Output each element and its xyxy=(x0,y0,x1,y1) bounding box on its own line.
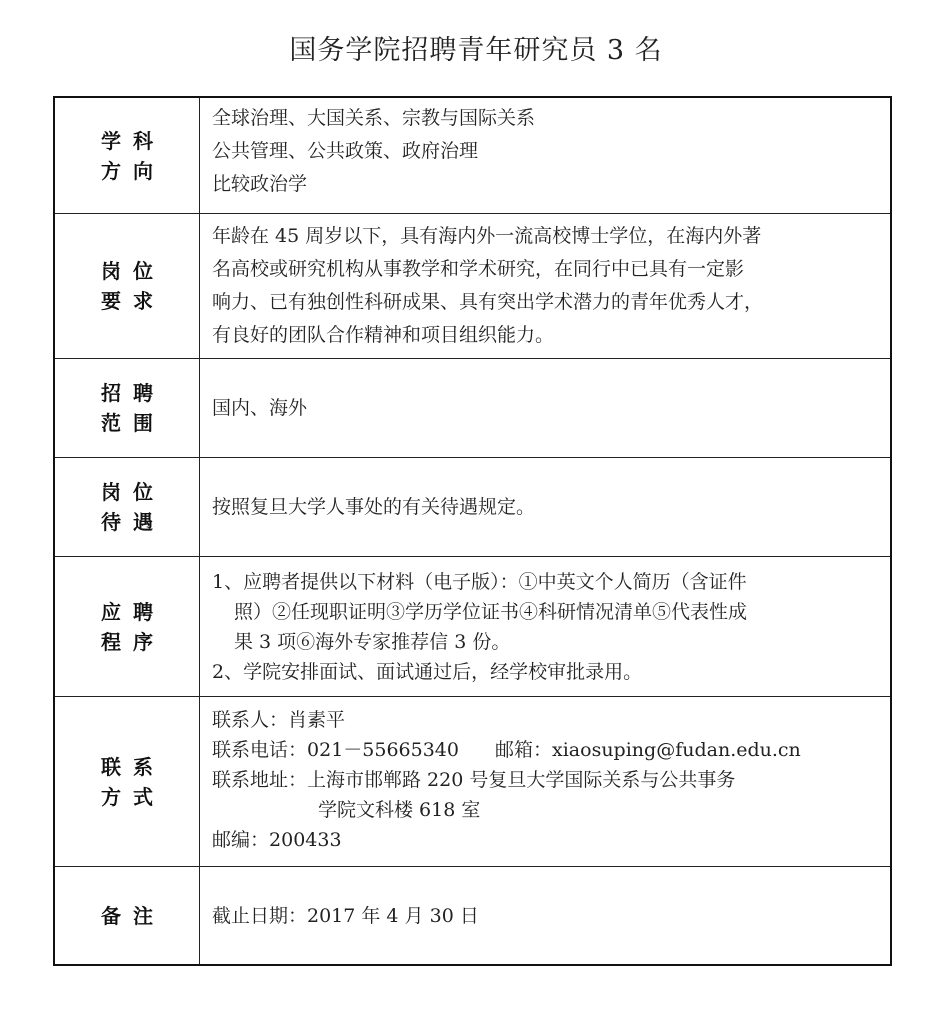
contact-postcode: 邮编：200433 xyxy=(212,825,880,855)
procedure-step-1: 1、应聘者提供以下材料（电子版）：①中英文个人简历（含证件 xyxy=(212,567,880,597)
contact-phone-email: 联系电话：021－55665340邮箱：xiaosuping@fudan.edu… xyxy=(212,735,880,765)
page-title: 国务学院招聘青年研究员 3 名 xyxy=(0,28,952,67)
row-label-cell: 学科 方向 xyxy=(55,98,200,213)
benefits-line: 按照复旦大学人事处的有关待遇规定。 xyxy=(212,491,880,523)
contact-address-line1: 上海市邯郸路 220 号复旦大学国际关系与公共事务 xyxy=(307,769,735,791)
table-row-discipline: 学科 方向 全球治理、大国关系、宗教与国际关系 公共管理、公共政策、政府治理 比… xyxy=(55,98,890,213)
row-label-cell: 联系 方式 xyxy=(55,697,200,866)
row-label: 联系 方式 xyxy=(89,752,165,812)
discipline-content: 全球治理、大国关系、宗教与国际关系 公共管理、公共政策、政府治理 比较政治学 xyxy=(200,98,890,213)
table-row-scope: 招聘 范围 国内、海外 xyxy=(55,358,890,457)
row-label-cell: 招聘 范围 xyxy=(55,359,200,457)
row-label-cell: 岗位 要求 xyxy=(55,214,200,358)
contact-person: 联系人：肖素平 xyxy=(212,705,880,735)
row-label: 岗位 要求 xyxy=(89,256,165,316)
row-label: 应聘 程序 xyxy=(89,597,165,657)
row-label: 招聘 范围 xyxy=(89,378,165,438)
procedure-content: 1、应聘者提供以下材料（电子版）：①中英文个人简历（含证件 照）②任现职证明③学… xyxy=(200,557,890,696)
notes-content: 截止日期：2017 年 4 月 30 日 xyxy=(200,867,890,964)
procedure-step-1-cont: 照）②任现职证明③学历学位证书④科研情况清单⑤代表性成 xyxy=(212,597,880,627)
contact-email-link[interactable]: xiaosuping@fudan.edu.cn xyxy=(552,739,801,761)
row-label: 学科 方向 xyxy=(89,126,165,186)
row-label-cell: 岗位 待遇 xyxy=(55,458,200,556)
requirements-content: 年龄在 45 周岁以下，具有海内外一流高校博士学位，在海内外著 名高校或研究机构… xyxy=(200,214,890,358)
contact-person-name: 肖素平 xyxy=(288,709,345,731)
procedure-step-2: 2、学院安排面试、面试通过后，经学校审批录用。 xyxy=(212,657,880,687)
contact-address: 联系地址：上海市邯郸路 220 号复旦大学国际关系与公共事务 xyxy=(212,765,880,795)
scope-content: 国内、海外 xyxy=(200,359,890,457)
contact-phone: 021－55665340 xyxy=(307,739,459,761)
discipline-line: 公共管理、公共政策、政府治理 xyxy=(212,135,880,168)
benefits-content: 按照复旦大学人事处的有关待遇规定。 xyxy=(200,458,890,556)
row-label-cell: 备注 xyxy=(55,867,200,964)
table-row-contact: 联系 方式 联系人：肖素平 联系电话：021－55665340邮箱：xiaosu… xyxy=(55,696,890,866)
table-row-requirements: 岗位 要求 年龄在 45 周岁以下，具有海内外一流高校博士学位，在海内外著 名高… xyxy=(55,213,890,358)
table-row-benefits: 岗位 待遇 按照复旦大学人事处的有关待遇规定。 xyxy=(55,457,890,556)
contact-address-line2: 学院文科楼 618 室 xyxy=(212,795,880,825)
row-label-cell: 应聘 程序 xyxy=(55,557,200,696)
requirements-line: 响力、已有独创性科研成果、具有突出学术潜力的青年优秀人才， xyxy=(212,286,880,319)
discipline-line: 比较政治学 xyxy=(212,168,880,201)
recruitment-table: 学科 方向 全球治理、大国关系、宗教与国际关系 公共管理、公共政策、政府治理 比… xyxy=(53,96,892,966)
table-row-procedure: 应聘 程序 1、应聘者提供以下材料（电子版）：①中英文个人简历（含证件 照）②任… xyxy=(55,556,890,696)
requirements-line: 有良好的团队合作精神和项目组织能力。 xyxy=(212,319,880,352)
table-row-notes: 备注 截止日期：2017 年 4 月 30 日 xyxy=(55,866,890,964)
discipline-line: 全球治理、大国关系、宗教与国际关系 xyxy=(212,102,880,135)
row-label: 备注 xyxy=(89,901,165,931)
procedure-step-1-cont: 果 3 项⑥海外专家推荐信 3 份。 xyxy=(212,627,880,657)
deadline-text: 截止日期：2017 年 4 月 30 日 xyxy=(212,900,880,932)
requirements-line: 年龄在 45 周岁以下，具有海内外一流高校博士学位，在海内外著 xyxy=(212,220,880,253)
contact-content: 联系人：肖素平 联系电话：021－55665340邮箱：xiaosuping@f… xyxy=(200,697,890,866)
scope-line: 国内、海外 xyxy=(212,392,880,424)
requirements-line: 名高校或研究机构从事教学和学术研究，在同行中已具有一定影 xyxy=(212,253,880,286)
row-label: 岗位 待遇 xyxy=(89,477,165,537)
contact-postcode-value: 200433 xyxy=(269,829,342,851)
